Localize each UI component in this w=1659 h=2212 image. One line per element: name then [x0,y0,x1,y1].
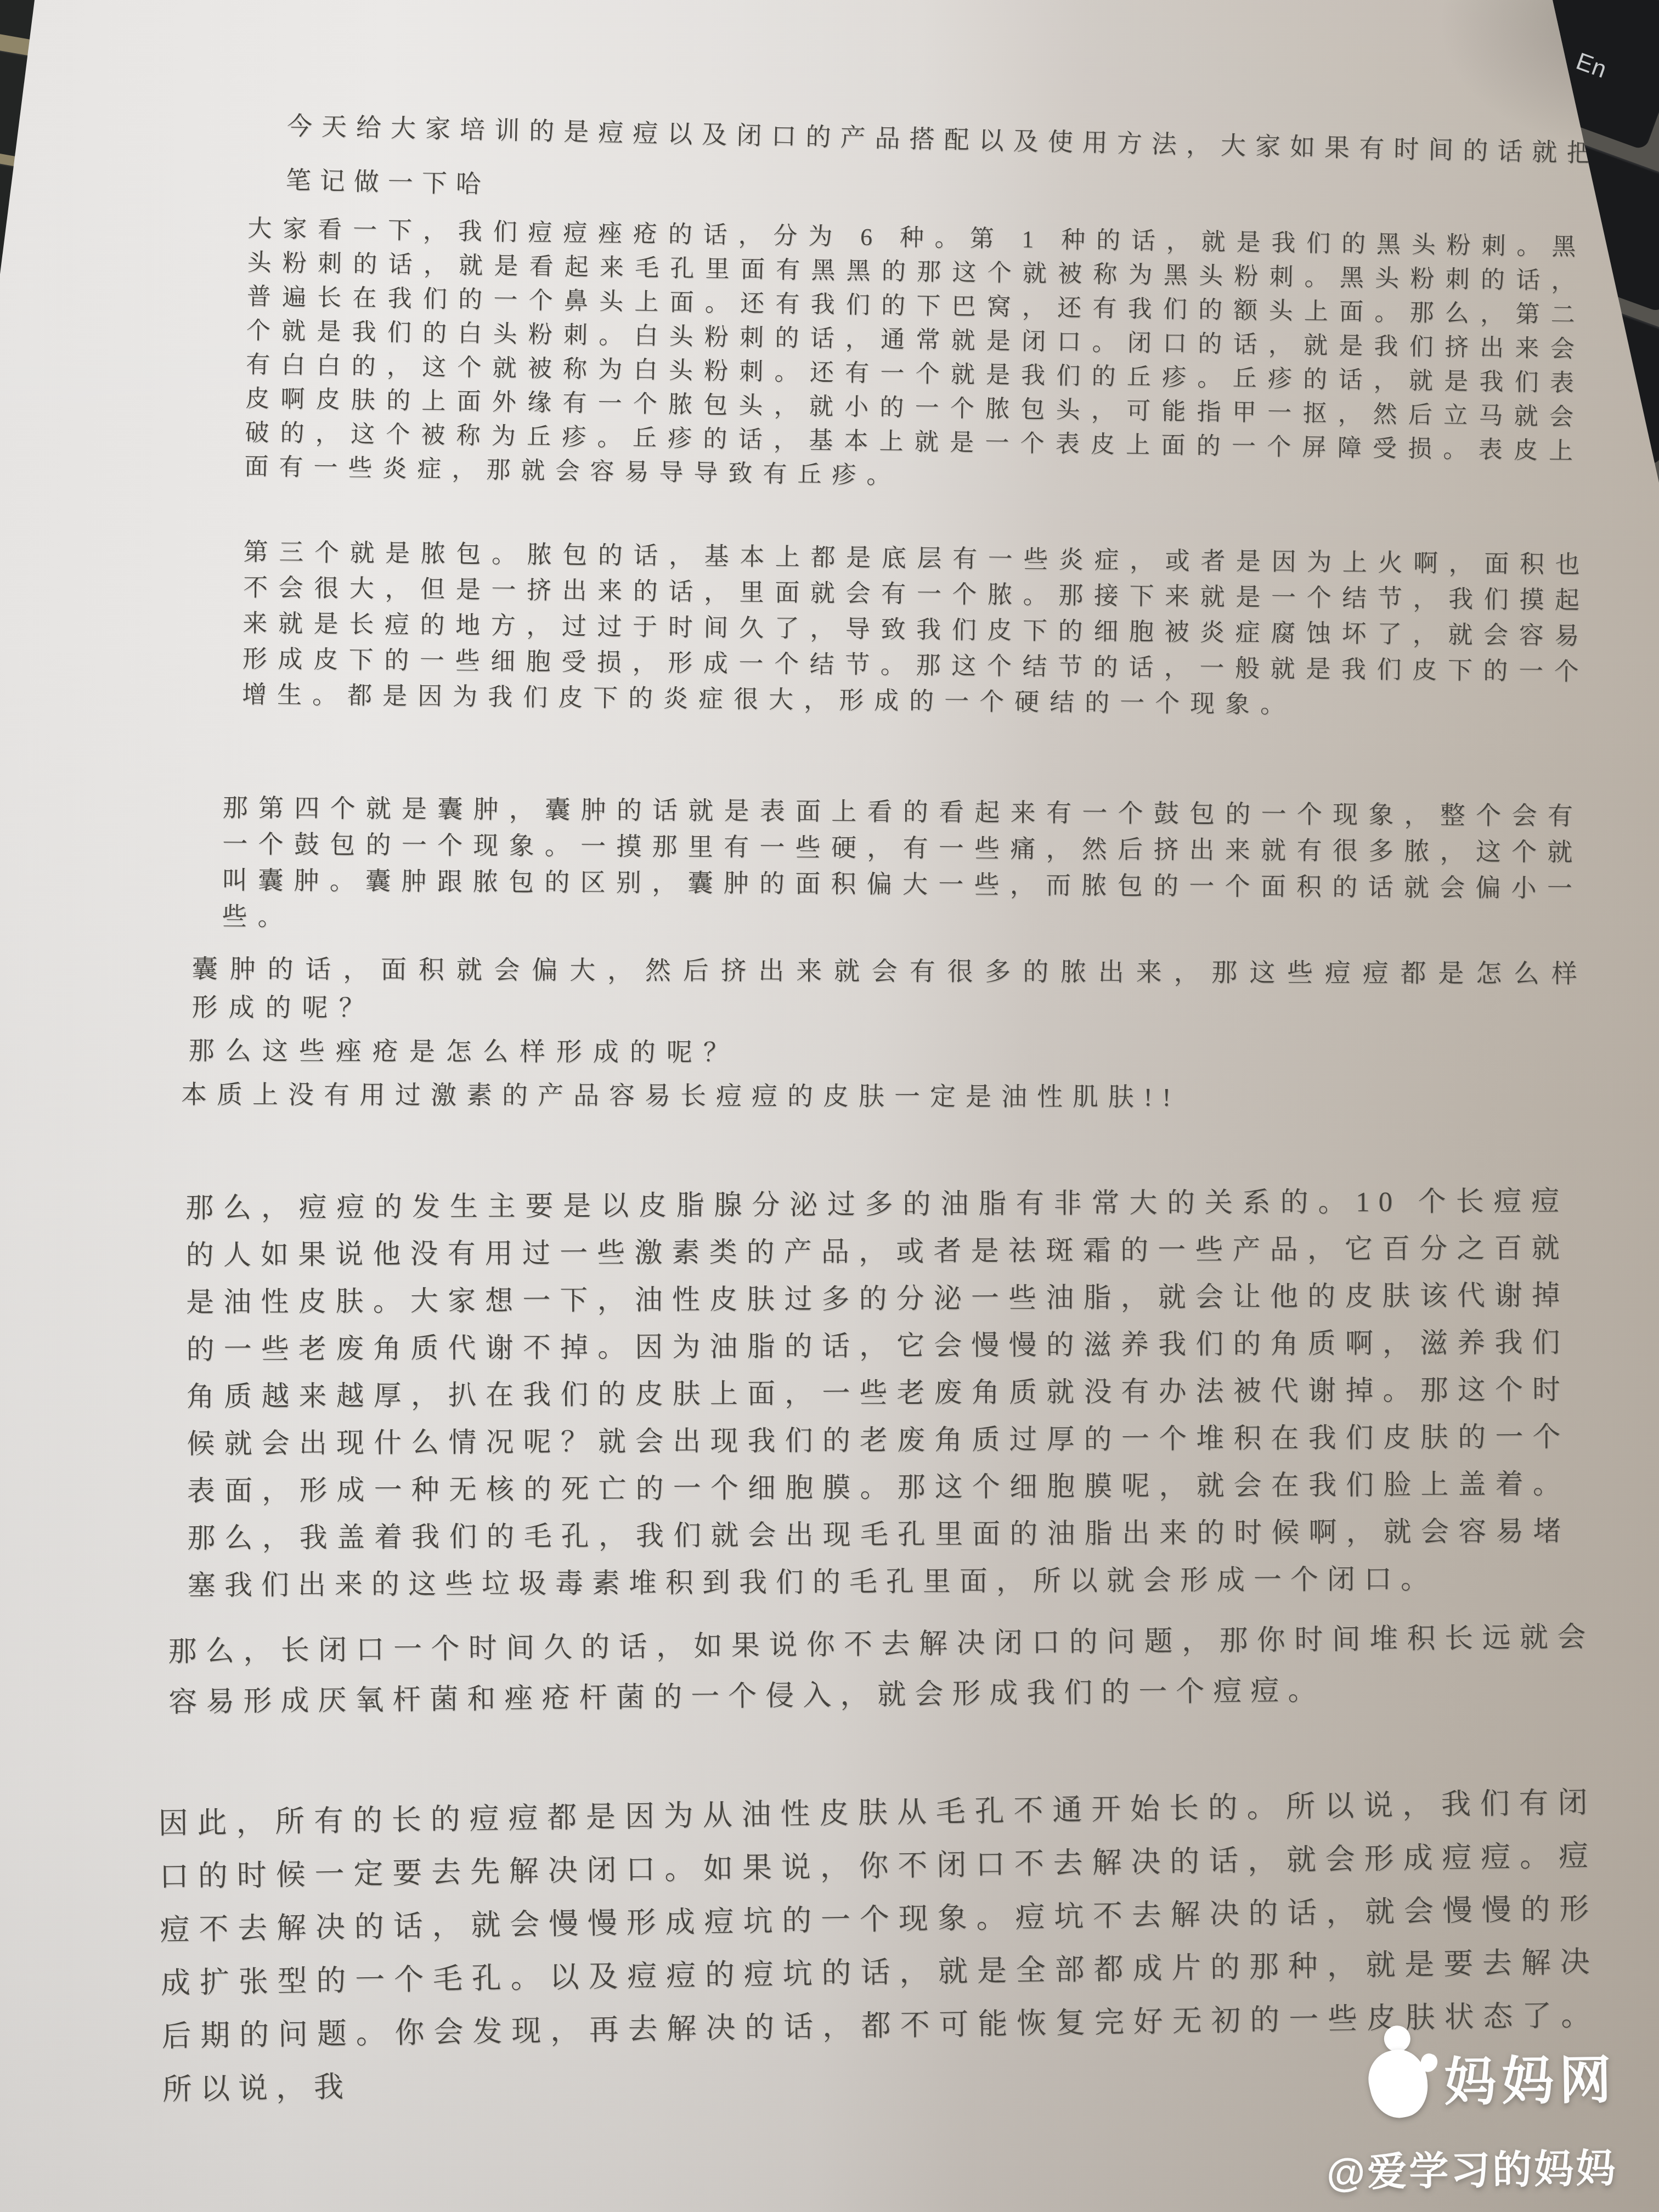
paragraph-intro: 今天给大家培训的是痘痘以及闭口的产品搭配以及使用方法，大家如果有时间的话就把笔记… [285,99,1601,235]
paragraph-pustule-and-nodule: 第三个就是脓包。脓包的话，基本上都是底层有一些炎症，或者是因为上火啊，面积也不会… [242,534,1590,726]
paragraph-oil-secretion-mechanism: 那么，痘痘的发生主要是以皮脂腺分泌过多的油脂有非常大的关系的。10 个长痘痘的人… [185,1178,1570,1610]
paragraph-six-acne-types: 大家看一下，我们痘痘痤疮的话，分为 6 种。第 1 种的话，就是我们的黑头粉刺。… [244,212,1587,503]
paragraph-formation-question: 那么这些痤疮是怎么样形成的呢？ [189,1035,740,1070]
logo-head-circle [1384,2025,1410,2052]
watermark-handle: @爱学习的妈妈 [1326,2136,1618,2198]
watermark-brand: 妈妈网 [1443,2039,1617,2116]
photo-scene: En 今天给大家培训的是痘痘以及闭口的产品搭配以及使用方法，大家如果有时间的话就… [0,0,1659,2212]
paragraph-cyst: 那第四个就是囊肿，囊肿的话就是表面上看的看起来有一个鼓包的一个现象，整个会有一个… [222,790,1583,943]
paragraph-cyst-size-question: 囊肿的话，面积就会偏大，然后挤出来就会有很多的脓出来，那这些痘痘都是怎么样形成的… [192,950,1588,1032]
paragraph-closed-comedone-bacteria: 那么，长闭口一个时间久的话，如果说你不去解决闭口的问题，那你时间堆积长远就会容易… [168,1612,1595,1728]
paragraph-oily-skin-claim: 本质上没有用过激素的产品容易长痘痘的皮肤一定是油性肌肤!! [181,1079,1181,1114]
mamawang-logo-icon [1368,2025,1441,2125]
paper-sheet: 今天给大家培训的是痘痘以及闭口的产品搭配以及使用方法，大家如果有时间的话就把笔记… [0,0,1659,2212]
